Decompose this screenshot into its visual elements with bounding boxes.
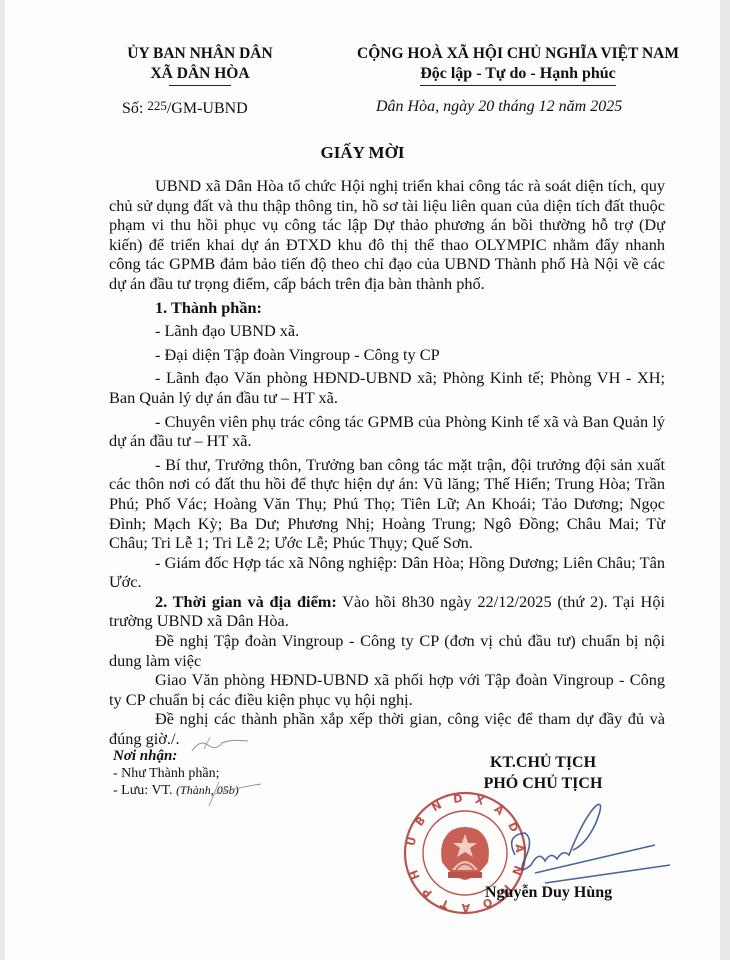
country-name: CỘNG HOÀ XÃ HỘI CHỦ NGHĨA VIỆT NAM bbox=[338, 44, 698, 64]
participant-item: - Bí thư, Trưởng thôn, Trưởng ban công t… bbox=[109, 455, 665, 553]
recipients-label: Nơi nhận: bbox=[113, 748, 239, 765]
signature-block: KT.CHỦ TỊCH PHÓ CHỦ TỊCH bbox=[443, 752, 643, 794]
initial-scribble-icon bbox=[205, 778, 265, 808]
participant-item: - Lãnh đạo UBND xã. bbox=[109, 321, 665, 341]
national-header: CỘNG HOÀ XÃ HỘI CHỦ NGHĨA VIỆT NAM Độc l… bbox=[338, 44, 698, 86]
request-paragraph: Đề nghị Tập đoàn Vingroup - Công ty CP (… bbox=[109, 631, 665, 670]
document-number: Số: 225/GM-UBND bbox=[122, 98, 248, 118]
section-2: 2. Thời gian và địa điểm: Vào hồi 8h30 n… bbox=[109, 592, 665, 631]
national-motto: Độc lập - Tự do - Hạnh phúc bbox=[420, 64, 616, 86]
section-2-heading: 2. Thời gian và địa điểm: bbox=[155, 592, 337, 611]
agency-line-2: XÃ DÂN HÒA bbox=[120, 64, 280, 84]
issue-date: Dân Hòa, ngày 20 tháng 12 năm 2025 bbox=[376, 98, 622, 116]
agency-line-1: ỦY BAN NHÂN DÂN bbox=[120, 44, 280, 64]
intro-paragraph: UBND xã Dân Hòa tổ chức Hội nghị triển k… bbox=[109, 176, 665, 294]
assignment-paragraph: Giao Văn phòng HĐND-UBND xã phối hợp với… bbox=[109, 670, 665, 709]
section-1-heading: 1. Thành phần: bbox=[109, 298, 665, 318]
document-title: GIẤY MỜI bbox=[5, 143, 720, 163]
issuing-agency: ỦY BAN NHÂN DÂN XÃ DÂN HÒA bbox=[120, 44, 280, 86]
signer-name: Nguyễn Duy Hùng bbox=[485, 884, 612, 902]
participant-item: - Giám đốc Hợp tác xã Nông nghiệp: Dân H… bbox=[109, 553, 665, 592]
handwritten-signature-icon bbox=[475, 795, 675, 895]
document-page: ỦY BAN NHÂN DÂN XÃ DÂN HÒA CỘNG HOÀ XÃ H… bbox=[5, 0, 720, 960]
participant-item: - Chuyên viên phụ trác công tác GPMB của… bbox=[109, 412, 665, 451]
doc-number-value: 225 bbox=[147, 98, 167, 113]
signer-title-1: KT.CHỦ TỊCH bbox=[443, 752, 643, 773]
document-body: UBND xã Dân Hòa tổ chức Hội nghị triển k… bbox=[109, 176, 665, 749]
participant-item: - Đại diện Tập đoàn Vingroup - Công ty C… bbox=[109, 345, 665, 365]
participant-item: - Lãnh đạo Văn phòng HĐND-UBND xã; Phòng… bbox=[109, 368, 665, 407]
agency-underline bbox=[169, 85, 231, 86]
